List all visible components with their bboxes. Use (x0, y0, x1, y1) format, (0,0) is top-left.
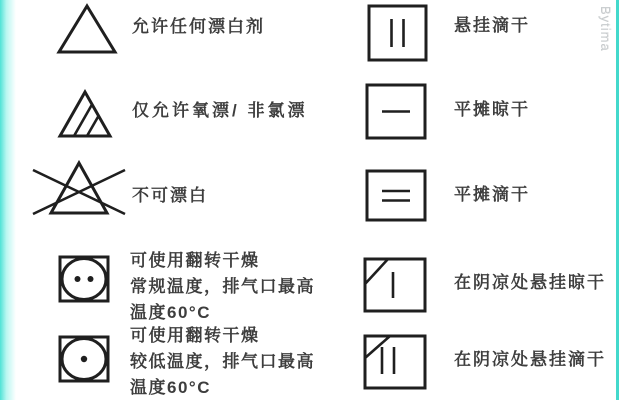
dry-flat-icon (365, 83, 427, 140)
tumble-dry-low-line1: 可使用翻转干燥 (130, 323, 315, 349)
watermark-text: Bytima (598, 6, 613, 136)
laundry-care-symbols-chart: { "watermark": "Bytima", "colors": { "ac… (0, 0, 640, 400)
tumble-dry-low-line2: 较低温度，排气口最高 (130, 349, 315, 375)
tumble-dry-normal-text: 可使用翻转干燥 常规温度，排气口最高 温度60°C (130, 248, 315, 326)
tumble-dry-low-icon (58, 335, 110, 383)
no-bleach-icon (30, 156, 128, 222)
shade-hang-dry-label: 在阴凉处悬挂晾干 (454, 273, 606, 293)
tumble-dry-normal-icon (58, 255, 110, 303)
tumble-dry-normal-line2: 常规温度，排气口最高 (130, 274, 315, 300)
tumble-dry-low-line3: 温度60°C (130, 375, 315, 400)
left-edge-gradient (0, 0, 16, 400)
non-chlorine-bleach-label: 仅允许氧漂/ 非氯漂 (132, 101, 307, 121)
dry-flat-label: 平摊晾干 (454, 100, 530, 120)
shade-hang-drip-dry-label: 在阴凉处悬挂滴干 (454, 350, 606, 370)
tumble-dry-low-text: 可使用翻转干燥 较低温度，排气口最高 温度60°C (130, 323, 315, 400)
shade-hang-dry-icon (363, 257, 427, 313)
drip-dry-flat-label: 平摊滴干 (454, 185, 530, 205)
non-chlorine-bleach-icon (57, 89, 113, 139)
no-bleach-label: 不可漂白 (132, 186, 208, 206)
bleach-allowed-label: 允许任何漂白剂 (132, 17, 265, 37)
hang-drip-dry-icon (367, 4, 428, 62)
drip-dry-flat-icon (365, 169, 427, 222)
bleach-allowed-icon (56, 3, 118, 55)
hang-drip-dry-label: 悬挂滴干 (454, 16, 530, 36)
right-edge-accent-line (616, 0, 619, 400)
shade-hang-drip-dry-icon (363, 334, 427, 390)
tumble-dry-normal-line1: 可使用翻转干燥 (130, 248, 315, 274)
